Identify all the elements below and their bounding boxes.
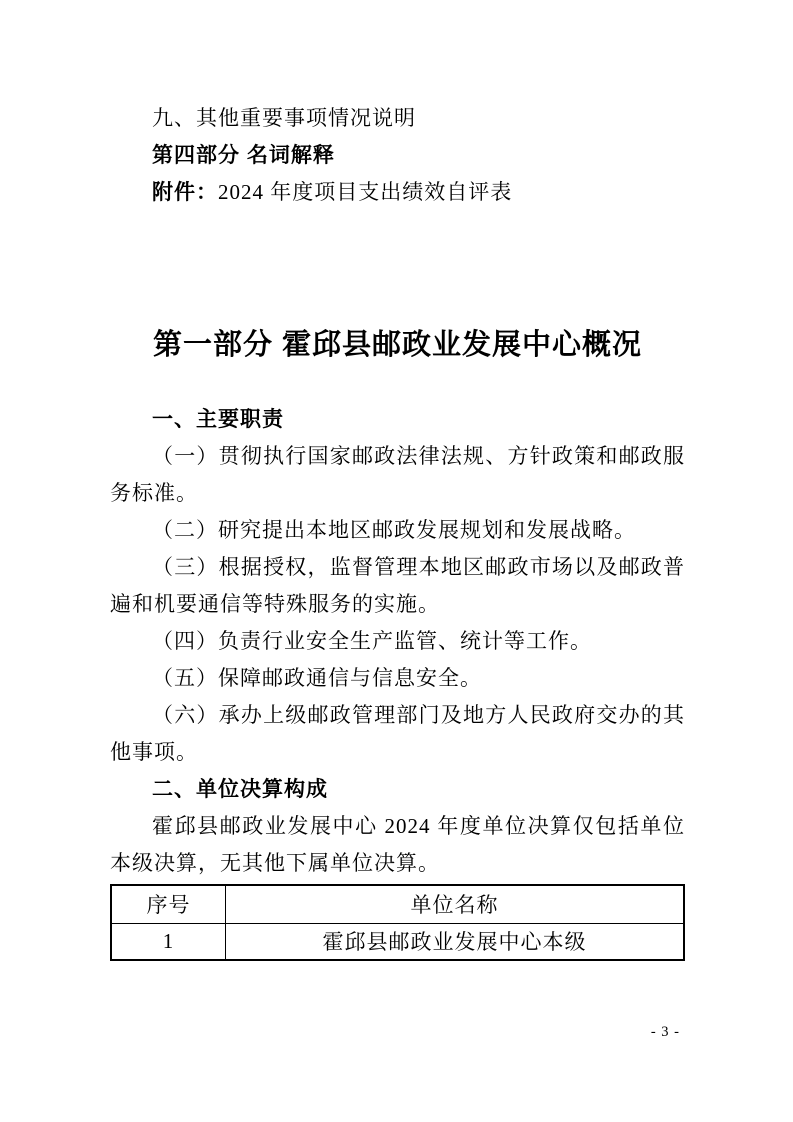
page-number: - 3 - <box>651 1022 680 1042</box>
page-content: 九、其他重要事项情况说明 第四部分 名词解释 附件：2024 年度项目支出绩效自… <box>0 0 793 961</box>
table-cell: 1 <box>111 923 226 960</box>
paragraph: （四）负责行业安全生产监管、统计等工作。 <box>110 623 685 660</box>
toc-line: 九、其他重要事项情况说明 <box>110 100 685 137</box>
unit-table: 序号 单位名称 1 霍邱县邮政业发展中心本级 <box>110 884 685 961</box>
document-page: 九、其他重要事项情况说明 第四部分 名词解释 附件：2024 年度项目支出绩效自… <box>0 0 793 1122</box>
part4-heading: 第四部分 名词解释 <box>110 137 685 174</box>
table-cell: 霍邱县邮政业发展中心本级 <box>226 923 685 960</box>
section-heading-1: 一、主要职责 <box>110 401 685 438</box>
table-row: 1 霍邱县邮政业发展中心本级 <box>111 923 684 960</box>
paragraph: （六）承办上级邮政管理部门及地方人民政府交办的其他事项。 <box>110 697 685 771</box>
paragraph: （一）贯彻执行国家邮政法律法规、方针政策和邮政服务标准。 <box>110 438 685 512</box>
paragraph: 霍邱县邮政业发展中心 2024 年度单位决算仅包括单位本级决算，无其他下属单位决… <box>110 808 685 882</box>
section-title: 第一部分 霍邱县邮政业发展中心概况 <box>110 323 685 367</box>
paragraph: （三）根据授权，监督管理本地区邮政市场以及邮政普遍和机要通信等特殊服务的实施。 <box>110 549 685 623</box>
paragraph: （五）保障邮政通信与信息安全。 <box>110 660 685 697</box>
attachment-line: 附件：2024 年度项目支出绩效自评表 <box>110 174 685 211</box>
section-heading-2: 二、单位决算构成 <box>110 771 685 808</box>
attachment-text: 2024 年度项目支出绩效自评表 <box>218 180 512 204</box>
table-header-cell: 序号 <box>111 885 226 923</box>
attachment-label: 附件： <box>152 181 218 204</box>
table-header-row: 序号 单位名称 <box>111 885 684 923</box>
paragraph: （二）研究提出本地区邮政发展规划和发展战略。 <box>110 512 685 549</box>
table-header-cell: 单位名称 <box>226 885 685 923</box>
